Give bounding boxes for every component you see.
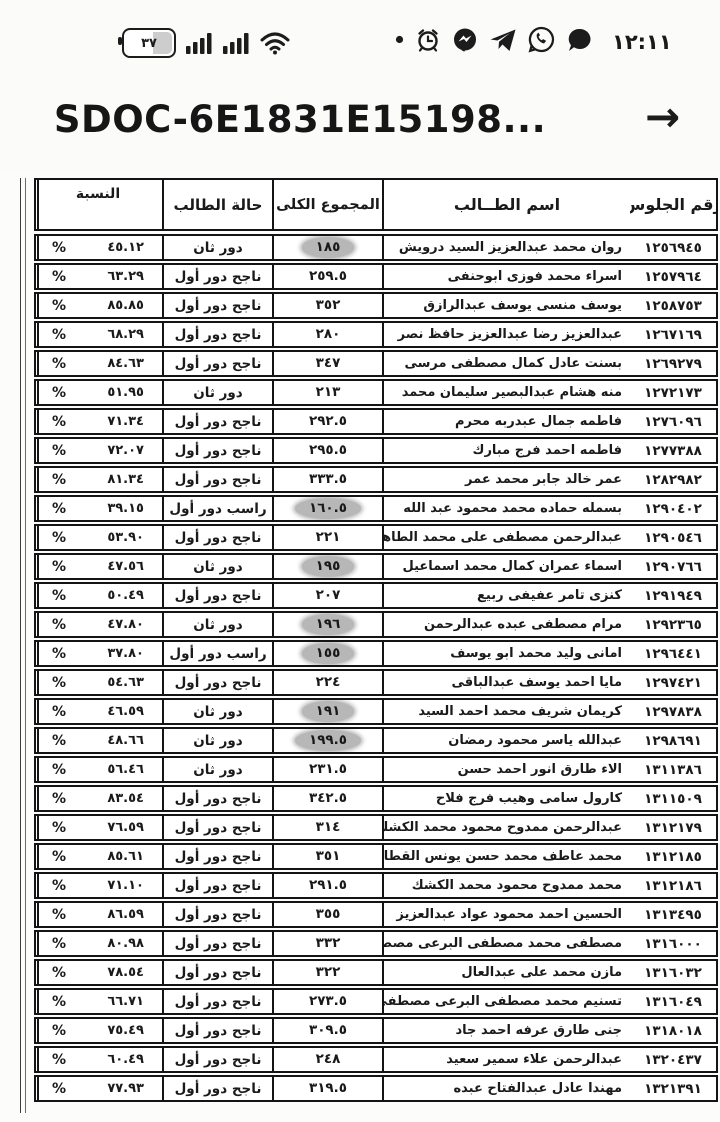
- seat-cell: ١٣١٦٠٤٩: [630, 990, 716, 1013]
- seat-cell: ١٢٥٦٩٤٥: [630, 236, 716, 259]
- percent-sign: %: [52, 298, 66, 314]
- name-cell: عبدالله ياسر محمود رمضان: [382, 729, 630, 752]
- pct-cell: % ٨٥.٨٥: [37, 294, 162, 317]
- table-row: ١٢٧٢١٧٣ منه هشام عبدالبصير سليمان محمد ٢…: [34, 379, 718, 406]
- name-cell: مرام مصطفى عبده عبدالرحمن: [382, 613, 630, 636]
- document-title: SDOC-6E1831E15198...: [0, 98, 600, 141]
- total-cell: ٣٣٣.٥: [272, 468, 382, 491]
- back-arrow-icon[interactable]: →: [645, 92, 680, 141]
- pct-cell: % ٨٤.٦٣: [37, 352, 162, 375]
- total-cell: ٢٣١.٥: [272, 758, 382, 781]
- table-outer-border: [20, 178, 26, 1113]
- total-cell: ١٩١: [272, 700, 382, 723]
- seat-cell: ١٢٩٠٤٠٢: [630, 497, 716, 520]
- percent-sign: %: [52, 501, 66, 517]
- name-cell: امانى وليد محمد ابو يوسف: [382, 642, 630, 665]
- header-total-score: المجموع الكلى: [272, 180, 382, 229]
- status-cell: ناجح دور أول: [162, 990, 272, 1013]
- total-value: ١٩١: [302, 701, 355, 722]
- pct-value: ٥٦.٤٦: [107, 762, 144, 777]
- table-row: ١٢٩٠٧٦٦ اسماء عمران كمال محمد اسماعيل ١٩…: [34, 553, 718, 580]
- status-cell: ناجح دور أول: [162, 526, 272, 549]
- table-row: ١٢٩٧٨٣٨ كريمان شريف محمد احمد السيد ١٩١ …: [34, 698, 718, 725]
- pct-cell: % ٣٧.٨٠: [37, 642, 162, 665]
- total-cell: ١٩٥: [272, 555, 382, 578]
- status-cell: ناجح دور أول: [162, 961, 272, 984]
- percent-sign: %: [52, 269, 66, 285]
- name-cell: مازن محمد على عبدالعال: [382, 961, 630, 984]
- pct-cell: % ٧٧.٩٣: [37, 1077, 162, 1100]
- percent-sign: %: [52, 443, 66, 459]
- pct-value: ٤٧.٥٦: [107, 559, 144, 574]
- total-value: ٢٢١: [312, 528, 345, 547]
- document-view[interactable]: رقم الجلوس اسم الطــالب المجموع الكلى حا…: [0, 170, 720, 1122]
- percent-sign: %: [52, 704, 66, 720]
- pct-cell: % ٤٥.١٢: [37, 236, 162, 259]
- pct-value: ٧٧.٩٣: [107, 1081, 144, 1096]
- table-row: ١٢٩٦٤٤١ امانى وليد محمد ابو يوسف ١٥٥ راس…: [34, 640, 718, 667]
- seat-cell: ١٣١٦٠٣٢: [630, 961, 716, 984]
- table-row: ١٢٩٧٤٢١ مايا احمد يوسف عبدالباقى ٢٢٤ ناج…: [34, 669, 718, 696]
- status-left-cluster: ٣٧: [122, 28, 290, 58]
- name-cell: كارول سامى وهيب فرج فلاح: [382, 787, 630, 810]
- table-row: ١٣١٨٠١٨ جنى طارق عرفه احمد جاد ٣٠٩.٥ ناج…: [34, 1017, 718, 1044]
- status-cell: ناجح دور أول: [162, 1048, 272, 1071]
- status-cell: دور ثان: [162, 729, 272, 752]
- status-cell: ناجح دور أول: [162, 294, 272, 317]
- total-cell: ٢٧٣.٥: [272, 990, 382, 1013]
- percent-sign: %: [52, 936, 66, 952]
- phone-screen: ٣٧: [0, 0, 720, 1122]
- signal-bars-icon: [186, 33, 213, 54]
- alarm-clock-icon: [415, 27, 441, 53]
- clock-time: ١٢:١١: [612, 30, 672, 54]
- seat-cell: ١٢٨٢٩٨٢: [630, 468, 716, 491]
- total-value: ٣٥٥: [312, 905, 345, 924]
- total-value: ١٩٦: [302, 614, 355, 635]
- table-body: ١٢٥٦٩٤٥ روان محمد عبدالعزيز السيد درويش …: [34, 234, 718, 1102]
- pct-cell: % ٦٦.٧١: [37, 990, 162, 1013]
- total-value: ٣٣٢: [312, 934, 345, 953]
- total-value: ٢٥٩.٥: [305, 267, 351, 286]
- table-row: ١٣١١٥٠٩ كارول سامى وهيب فرج فلاح ٣٤٢.٥ ن…: [34, 785, 718, 812]
- total-value: ٢٠٧: [312, 586, 345, 605]
- pct-value: ٨١.٣٤: [107, 472, 144, 487]
- total-cell: ٣١٤: [272, 816, 382, 839]
- seat-cell: ١٢٦٧١٦٩: [630, 323, 716, 346]
- status-cell: ناجح دور أول: [162, 1077, 272, 1100]
- name-cell: مايا احمد يوسف عبدالباقى: [382, 671, 630, 694]
- status-cell: راسب دور أول: [162, 642, 272, 665]
- total-value: ١٨٥: [302, 237, 355, 258]
- total-cell: ٢١٣: [272, 381, 382, 404]
- pct-cell: % ٥١.٩٥: [37, 381, 162, 404]
- pct-cell: % ٨٦.٥٩: [37, 903, 162, 926]
- total-cell: ١٩٩.٥: [272, 729, 382, 752]
- total-value: ٢١٣: [312, 383, 345, 402]
- percent-sign: %: [52, 472, 66, 488]
- seat-cell: ١٢٩٨٦٩١: [630, 729, 716, 752]
- total-value: ٢٩٥.٥: [305, 441, 351, 460]
- name-cell: فاطمه جمال عبدربه محرم: [382, 410, 630, 433]
- telegram-icon: [489, 27, 517, 53]
- total-value: ٣٣٣.٥: [305, 470, 351, 489]
- pct-value: ٧١.١٠: [107, 878, 144, 893]
- total-value: ٢٧٣.٥: [305, 992, 351, 1011]
- percent-sign: %: [52, 1081, 66, 1097]
- seat-cell: ١٢٩٢٣٦٥: [630, 613, 716, 636]
- seat-cell: ١٣١٢١٧٩: [630, 816, 716, 839]
- pct-value: ٨٥.٨٥: [107, 298, 144, 313]
- total-value: ٣٤٧: [312, 354, 345, 373]
- percent-sign: %: [52, 994, 66, 1010]
- table-row: ١٢٨٢٩٨٢ عمر خالد جابر محمد عمر ٣٣٣.٥ ناج…: [34, 466, 718, 493]
- name-cell: محمد عاطف محمد حسن يونس القطان: [382, 845, 630, 868]
- percent-sign: %: [52, 385, 66, 401]
- seat-cell: ١٣١١٥٠٩: [630, 787, 716, 810]
- total-value: ٣٥١: [312, 847, 345, 866]
- status-cell: دور ثان: [162, 381, 272, 404]
- pct-value: ٧٢.٠٧: [107, 443, 144, 458]
- pct-value: ٤٦.٥٩: [107, 704, 144, 719]
- percent-sign: %: [52, 791, 66, 807]
- total-cell: ٣١٩.٥: [272, 1077, 382, 1100]
- pct-value: ٣٩.١٥: [107, 501, 144, 516]
- pct-value: ٦٦.٧١: [107, 994, 144, 1009]
- total-cell: ٣٤٢.٥: [272, 787, 382, 810]
- seat-cell: ١٢٩٦٤٤١: [630, 642, 716, 665]
- pct-cell: % ٧٦.٥٩: [37, 816, 162, 839]
- name-cell: بسمله حماده محمد محمود عبد الله: [382, 497, 630, 520]
- percent-sign: %: [52, 907, 66, 923]
- status-cell: ناجح دور أول: [162, 816, 272, 839]
- total-value: ٢٢٤: [312, 673, 345, 692]
- table-row: ١٢٩٠٤٠٢ بسمله حماده محمد محمود عبد الله …: [34, 495, 718, 522]
- pct-value: ٥٠.٤٩: [107, 588, 144, 603]
- total-value: ١٥٥: [302, 643, 355, 664]
- pct-value: ٦٨.٢٩: [107, 327, 144, 342]
- pct-cell: % ٥٦.٤٦: [37, 758, 162, 781]
- status-cell: ناجح دور أول: [162, 1019, 272, 1042]
- pct-cell: % ٤٨.٦٦: [37, 729, 162, 752]
- pct-value: ٧٨.٥٤: [107, 965, 144, 980]
- table-row: ١٣١٢١٧٩ عبدالرحمن ممدوح محمود محمد الكشك…: [34, 814, 718, 841]
- percent-sign: %: [52, 1052, 66, 1068]
- header-percentage: النسبة: [37, 180, 162, 229]
- total-cell: ٣٥٥: [272, 903, 382, 926]
- pct-value: ٥١.٩٥: [107, 385, 144, 400]
- notification-dot: [395, 35, 404, 44]
- name-cell: فاطمه احمد فرج مبارك: [382, 439, 630, 462]
- status-cell: دور ثان: [162, 613, 272, 636]
- total-cell: ٣٠٩.٥: [272, 1019, 382, 1042]
- signal-bars-icon: [223, 33, 250, 54]
- header-student-name: اسم الطــالب: [382, 180, 630, 229]
- name-cell: الاء طارق انور احمد حسن: [382, 758, 630, 781]
- pct-cell: % ٥٠.٤٩: [37, 584, 162, 607]
- name-cell: تسنيم محمد مصطفى البرعى مصطفى: [382, 990, 630, 1013]
- status-cell: ناجح دور أول: [162, 468, 272, 491]
- status-cell: دور ثان: [162, 700, 272, 723]
- pct-value: ٧٥.٤٩: [107, 1023, 144, 1038]
- pct-value: ٤٥.١٢: [107, 240, 144, 255]
- status-cell: ناجح دور أول: [162, 932, 272, 955]
- table-row: ١٣٢١٣٩١ مهندا عادل عبدالفتاح عبده ٣١٩.٥ …: [34, 1075, 718, 1102]
- total-value: ٢٩١.٥: [305, 876, 351, 895]
- seat-cell: ١٢٩٠٧٦٦: [630, 555, 716, 578]
- table-row: ١٣١٦٠٠٠ مصطفى محمد مصطفى البرعى مصطفى ٣٣…: [34, 930, 718, 957]
- name-cell: يوسف منسى يوسف عبدالرازق: [382, 294, 630, 317]
- pct-value: ٨٤.٦٣: [107, 356, 144, 371]
- pct-value: ٧٦.٥٩: [107, 820, 144, 835]
- name-cell: بسنت عادل كمال مصطفى مرسى: [382, 352, 630, 375]
- status-cell: ناجح دور أول: [162, 323, 272, 346]
- pct-cell: % ٨٥.٦١: [37, 845, 162, 868]
- total-value: ٢٤٨: [312, 1050, 345, 1069]
- percent-sign: %: [52, 414, 66, 430]
- pct-cell: % ٦٨.٢٩: [37, 323, 162, 346]
- pct-value: ٨٠.٩٨: [107, 936, 144, 951]
- status-right-cluster: [395, 26, 593, 53]
- pct-cell: % ٨٠.٩٨: [37, 932, 162, 955]
- total-cell: ٢٢٤: [272, 671, 382, 694]
- pct-cell: % ٧٢.٠٧: [37, 439, 162, 462]
- pct-cell: % ٨١.٣٤: [37, 468, 162, 491]
- total-value: ٣٥٢: [312, 296, 345, 315]
- percent-sign: %: [52, 327, 66, 343]
- percent-sign: %: [52, 356, 66, 372]
- pct-cell: % ٤٧.٥٦: [37, 555, 162, 578]
- name-cell: روان محمد عبدالعزيز السيد درويش: [382, 236, 630, 259]
- status-cell: ناجح دور أول: [162, 439, 272, 462]
- name-cell: كنزى تامر عفيفى ربيع: [382, 584, 630, 607]
- name-cell: كريمان شريف محمد احمد السيد: [382, 700, 630, 723]
- total-value: ٢٨٠: [312, 325, 345, 344]
- status-cell: ناجح دور أول: [162, 845, 272, 868]
- seat-cell: ١٢٩٧٨٣٨: [630, 700, 716, 723]
- seat-cell: ١٣١٢١٨٥: [630, 845, 716, 868]
- pct-value: ٦٠.٤٩: [107, 1052, 144, 1067]
- title-bar: SDOC-6E1831E15198... →: [0, 78, 720, 166]
- total-value: ٣٠٩.٥: [305, 1021, 351, 1040]
- name-cell: جنى طارق عرفه احمد جاد: [382, 1019, 630, 1042]
- seat-cell: ١٣٢٠٤٣٧: [630, 1048, 716, 1071]
- pct-value: ٨٦.٥٩: [107, 907, 144, 922]
- total-cell: ١٥٥: [272, 642, 382, 665]
- status-bar: ٣٧: [0, 0, 720, 70]
- total-value: ٣٢٢: [312, 963, 345, 982]
- total-cell: ٣٢٢: [272, 961, 382, 984]
- table-row: ١٢٩٠٥٤٦ عبدالرحمن مصطفى على محمد الطاهر …: [34, 524, 718, 551]
- seat-cell: ١٢٩١٩٤٩: [630, 584, 716, 607]
- total-cell: ٣٤٧: [272, 352, 382, 375]
- name-cell: عبدالرحمن ممدوح محمود محمد الكشك: [382, 816, 630, 839]
- total-value: ١٩٥: [302, 556, 355, 577]
- table-row: ١٣١٢١٨٥ محمد عاطف محمد حسن يونس القطان ٣…: [34, 843, 718, 870]
- pct-cell: % ٣٩.١٥: [37, 497, 162, 520]
- total-value: ١٩٩.٥: [295, 730, 361, 751]
- pct-cell: % ٧١.١٠: [37, 874, 162, 897]
- total-cell: ١٩٦: [272, 613, 382, 636]
- status-cell: ناجح دور أول: [162, 671, 272, 694]
- percent-sign: %: [52, 1023, 66, 1039]
- seat-cell: ١٢٧٦٠٩٦: [630, 410, 716, 433]
- name-cell: عبدالرحمن مصطفى على محمد الطاهر: [382, 526, 630, 549]
- status-cell: ناجح دور أول: [162, 584, 272, 607]
- seat-cell: ١٢٩٧٤٢١: [630, 671, 716, 694]
- total-cell: ٢٩٢.٥: [272, 410, 382, 433]
- percent-sign: %: [52, 820, 66, 836]
- pct-cell: % ٦٠.٤٩: [37, 1048, 162, 1071]
- table-row: ١٢٥٦٩٤٥ روان محمد عبدالعزيز السيد درويش …: [34, 234, 718, 261]
- percent-sign: %: [52, 240, 66, 256]
- total-cell: ٢٠٧: [272, 584, 382, 607]
- total-cell: ٢٩٥.٥: [272, 439, 382, 462]
- pct-value: ٤٨.٦٦: [107, 733, 144, 748]
- total-cell: ٢٨٠: [272, 323, 382, 346]
- percent-sign: %: [52, 675, 66, 691]
- total-value: ٣٤٢.٥: [305, 789, 351, 808]
- battery-icon: ٣٧: [122, 28, 176, 58]
- name-cell: منه هشام عبدالبصير سليمان محمد: [382, 381, 630, 404]
- status-cell: دور ثان: [162, 555, 272, 578]
- pct-value: ٤٧.٨٠: [107, 617, 144, 632]
- status-cell: راسب دور أول: [162, 497, 272, 520]
- total-cell: ٢٢١: [272, 526, 382, 549]
- percent-sign: %: [52, 559, 66, 575]
- name-cell: محمد ممدوح محمود محمد الكشك: [382, 874, 630, 897]
- status-cell: ناجح دور أول: [162, 352, 272, 375]
- table-row: ١٢٦٩٢٧٩ بسنت عادل كمال مصطفى مرسى ٣٤٧ نا…: [34, 350, 718, 377]
- percent-sign: %: [52, 762, 66, 778]
- total-cell: ٢٤٨: [272, 1048, 382, 1071]
- name-cell: مهندا عادل عبدالفتاح عبده: [382, 1077, 630, 1100]
- status-cell: ناجح دور أول: [162, 410, 272, 433]
- seat-cell: ١٢٧٧٣٨٨: [630, 439, 716, 462]
- status-cell: ناجح دور أول: [162, 874, 272, 897]
- total-cell: ٣٣٢: [272, 932, 382, 955]
- seat-cell: ١٣١١٣٨٦: [630, 758, 716, 781]
- pct-value: ٨٣.٥٤: [107, 791, 144, 806]
- percent-sign: %: [52, 646, 66, 662]
- seat-cell: ١٢٧٢١٧٣: [630, 381, 716, 404]
- seat-cell: ١٣١٢١٨٦: [630, 874, 716, 897]
- header-seat-number: رقم الجلوس: [630, 180, 716, 229]
- percent-sign: %: [52, 588, 66, 604]
- wifi-icon: [260, 31, 290, 55]
- pct-cell: % ٧٨.٥٤: [37, 961, 162, 984]
- seat-cell: ١٣١٦٠٠٠: [630, 932, 716, 955]
- status-cell: ناجح دور أول: [162, 787, 272, 810]
- pct-cell: % ٦٣.٢٩: [37, 265, 162, 288]
- pct-cell: % ٨٣.٥٤: [37, 787, 162, 810]
- pct-value: ٧١.٣٤: [107, 414, 144, 429]
- pct-cell: % ٧٥.٤٩: [37, 1019, 162, 1042]
- table-row: ١٢٩٢٣٦٥ مرام مصطفى عبده عبدالرحمن ١٩٦ دو…: [34, 611, 718, 638]
- chat-bubble-icon: [566, 27, 593, 53]
- total-value: ٢٩٢.٥: [305, 412, 351, 431]
- status-cell: ناجح دور أول: [162, 265, 272, 288]
- pct-cell: % ٧١.٣٤: [37, 410, 162, 433]
- table-row: ١٣١٢١٨٦ محمد ممدوح محمود محمد الكشك ٢٩١.…: [34, 872, 718, 899]
- table-row: ١٣١٣٤٩٥ الحسين احمد محمود عواد عبدالعزيز…: [34, 901, 718, 928]
- table-row: ١٢٧٧٣٨٨ فاطمه احمد فرج مبارك ٢٩٥.٥ ناجح …: [34, 437, 718, 464]
- seat-cell: ١٣٢١٣٩١: [630, 1077, 716, 1100]
- total-cell: ٣٥٢: [272, 294, 382, 317]
- percent-sign: %: [52, 733, 66, 749]
- total-cell: ٢٥٩.٥: [272, 265, 382, 288]
- pct-cell: % ٥٣.٩٠: [37, 526, 162, 549]
- seat-cell: ١٢٩٠٥٤٦: [630, 526, 716, 549]
- name-cell: اسماء عمران كمال محمد اسماعيل: [382, 555, 630, 578]
- total-cell: ١٦٠.٥: [272, 497, 382, 520]
- total-value: ٢٣١.٥: [305, 760, 351, 779]
- table-row: ١٣١٦٠٣٢ مازن محمد على عبدالعال ٣٢٢ ناجح …: [34, 959, 718, 986]
- name-cell: مصطفى محمد مصطفى البرعى مصطفى: [382, 932, 630, 955]
- name-cell: اسراء محمد فوزى ابوحنفى: [382, 265, 630, 288]
- table-row: ١٣١١٣٨٦ الاء طارق انور احمد حسن ٢٣١.٥ دو…: [34, 756, 718, 783]
- total-cell: ١٨٥: [272, 236, 382, 259]
- battery-level: ٣٧: [124, 30, 174, 56]
- table-row: ١٢٧٦٠٩٦ فاطمه جمال عبدربه محرم ٢٩٢.٥ ناج…: [34, 408, 718, 435]
- total-value: ٣١٩.٥: [305, 1079, 351, 1098]
- pct-value: ٨٥.٦١: [107, 849, 144, 864]
- pct-cell: % ٤٦.٥٩: [37, 700, 162, 723]
- table-row: ١٢٥٧٩٦٤ اسراء محمد فوزى ابوحنفى ٢٥٩.٥ نا…: [34, 263, 718, 290]
- pct-value: ٥٤.٦٣: [107, 675, 144, 690]
- messenger-icon: [452, 27, 478, 53]
- percent-sign: %: [52, 617, 66, 633]
- percent-sign: %: [52, 878, 66, 894]
- pct-cell: % ٤٧.٨٠: [37, 613, 162, 636]
- percent-sign: %: [52, 530, 66, 546]
- name-cell: عبدالرحمن علاء سمير سعيد: [382, 1048, 630, 1071]
- name-cell: عمر خالد جابر محمد عمر: [382, 468, 630, 491]
- table-row: ١٢٩١٩٤٩ كنزى تامر عفيفى ربيع ٢٠٧ ناجح دو…: [34, 582, 718, 609]
- seat-cell: ١٢٥٨٧٥٣: [630, 294, 716, 317]
- seat-cell: ١٢٦٩٢٧٩: [630, 352, 716, 375]
- pct-value: ٦٣.٢٩: [107, 269, 144, 284]
- total-value: ٣١٤: [312, 818, 345, 837]
- name-cell: الحسين احمد محمود عواد عبدالعزيز: [382, 903, 630, 926]
- results-table: رقم الجلوس اسم الطــالب المجموع الكلى حا…: [34, 178, 718, 1104]
- pct-cell: % ٥٤.٦٣: [37, 671, 162, 694]
- percent-sign: %: [52, 965, 66, 981]
- name-cell: عبدالعزيز رضا عبدالعزيز حافظ نصر: [382, 323, 630, 346]
- table-row: ١٣٢٠٤٣٧ عبدالرحمن علاء سمير سعيد ٢٤٨ ناج…: [34, 1046, 718, 1073]
- whatsapp-icon: [528, 26, 555, 53]
- pct-value: ٥٣.٩٠: [107, 530, 144, 545]
- seat-cell: ١٢٥٧٩٦٤: [630, 265, 716, 288]
- total-value: ١٦٠.٥: [295, 498, 361, 519]
- header-student-status: حالة الطالب: [162, 180, 272, 229]
- percent-sign: %: [52, 849, 66, 865]
- table-row: ١٢٦٧١٦٩ عبدالعزيز رضا عبدالعزيز حافظ نصر…: [34, 321, 718, 348]
- status-cell: دور ثان: [162, 758, 272, 781]
- table-row: ١٣١٦٠٤٩ تسنيم محمد مصطفى البرعى مصطفى ٢٧…: [34, 988, 718, 1015]
- pct-value: ٣٧.٨٠: [107, 646, 144, 661]
- table-header-row: رقم الجلوس اسم الطــالب المجموع الكلى حا…: [34, 178, 718, 231]
- seat-cell: ١٣١٨٠١٨: [630, 1019, 716, 1042]
- status-cell: ناجح دور أول: [162, 903, 272, 926]
- total-cell: ٣٥١: [272, 845, 382, 868]
- status-cell: دور ثان: [162, 236, 272, 259]
- seat-cell: ١٣١٣٤٩٥: [630, 903, 716, 926]
- table-row: ١٢٩٨٦٩١ عبدالله ياسر محمود رمضان ١٩٩.٥ د…: [34, 727, 718, 754]
- total-cell: ٢٩١.٥: [272, 874, 382, 897]
- table-row: ١٢٥٨٧٥٣ يوسف منسى يوسف عبدالرازق ٣٥٢ ناج…: [34, 292, 718, 319]
